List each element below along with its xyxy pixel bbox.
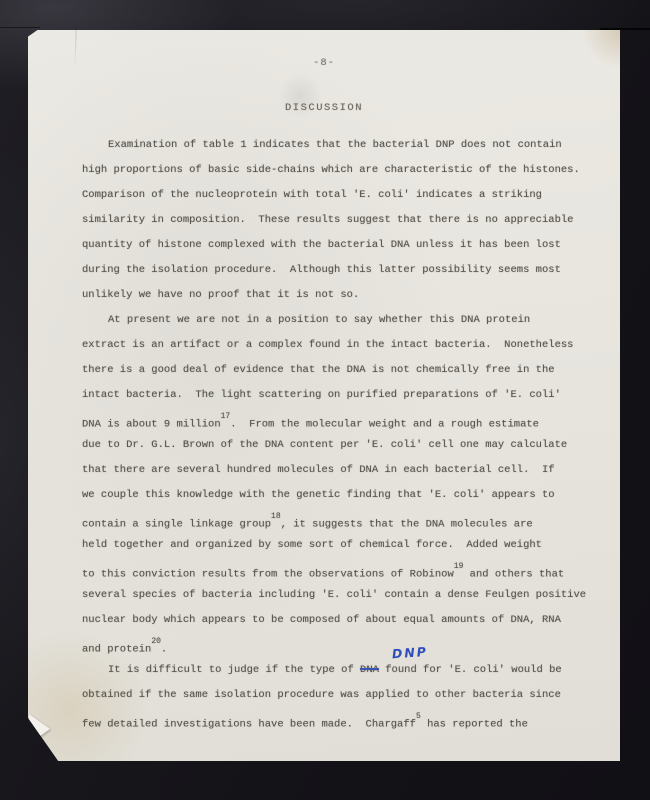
typed-line: that there are several hundred molecules… — [82, 458, 592, 483]
typed-text: contain a single linkage group — [82, 519, 271, 531]
typed-line: high proportions of basic side-chains wh… — [82, 158, 592, 183]
typed-text: unlikely we have no proof that it is not… — [82, 289, 359, 301]
typed-text: and others that — [463, 569, 564, 581]
typed-text: quantity of histone complexed with the b… — [82, 239, 561, 251]
page-number: -8- — [28, 57, 620, 69]
typed-line: we couple this knowledge with the geneti… — [82, 483, 592, 508]
paragraph: Examination of table 1 indicates that th… — [82, 133, 592, 308]
typed-line: there is a good deal of evidence that th… — [82, 358, 592, 383]
typed-text: during the isolation procedure. Although… — [82, 264, 561, 276]
typed-text: obtained if the same isolation procedure… — [82, 689, 561, 701]
reference-superscript: 18 — [271, 512, 281, 521]
typed-text: nuclear body which appears to be compose… — [82, 614, 561, 626]
typed-text: , it suggests that the DNA molecules are — [281, 519, 533, 531]
typed-text: there is a good deal of evidence that th… — [82, 364, 555, 376]
typed-line: intact bacteria. The light scattering on… — [82, 383, 592, 408]
typed-text: has reported the — [421, 719, 528, 731]
typed-line: during the isolation procedure. Although… — [82, 258, 592, 283]
backdrop-seam — [600, 28, 650, 30]
reference-superscript: 20 — [151, 637, 161, 646]
typed-text: several species of bacteria including 'E… — [82, 589, 586, 601]
typed-text: similarity in composition. These results… — [82, 214, 573, 226]
typed-line: held together and organized by some sort… — [82, 533, 592, 558]
typed-text: Examination of table 1 indicates that th… — [108, 139, 562, 151]
photo-backdrop: { "document": { "page_number": "-8-", "h… — [0, 0, 650, 800]
section-heading: DISCUSSION — [28, 102, 620, 114]
typed-line: obtained if the same isolation procedure… — [82, 683, 592, 708]
typed-text: At present we are not in a position to s… — [108, 314, 530, 326]
folded-corner — [29, 714, 50, 744]
typed-text: . — [161, 644, 167, 656]
reference-superscript: 19 — [454, 562, 464, 571]
typed-line: several species of bacteria including 'E… — [82, 583, 592, 608]
typed-text: It is difficult to judge if the type of — [108, 664, 360, 676]
typed-line: Comparison of the nucleoprotein with tot… — [82, 183, 592, 208]
typed-line: At present we are not in a position to s… — [82, 308, 592, 333]
strikethrough-word: DNADNP — [360, 664, 379, 676]
typed-line: quantity of histone complexed with the b… — [82, 233, 592, 258]
typed-line: unlikely we have no proof that it is not… — [82, 283, 592, 308]
typed-line: contain a single linkage group18, it sug… — [82, 508, 592, 533]
typed-line: Examination of table 1 indicates that th… — [82, 133, 592, 158]
backdrop-seam-left — [0, 27, 40, 28]
reference-superscript: 17 — [221, 412, 231, 421]
typed-text: Comparison of the nucleoprotein with tot… — [82, 189, 542, 201]
typed-text: and protein — [82, 644, 151, 656]
typed-line: nuclear body which appears to be compose… — [82, 608, 592, 633]
typed-text: that there are several hundred molecules… — [82, 464, 555, 476]
typed-line: It is difficult to judge if the type of … — [82, 658, 592, 683]
typed-text: intact bacteria. The light scattering on… — [82, 389, 561, 401]
typed-text: extract is an artifact or a complex foun… — [82, 339, 573, 351]
typed-text: found for 'E. coli' would be — [379, 664, 562, 676]
paragraph: It is difficult to judge if the type of … — [82, 658, 592, 733]
typed-text: DNA is about 9 million — [82, 419, 221, 431]
typed-text: due to Dr. G.L. Brown of the DNA content… — [82, 439, 567, 451]
typed-text: few detailed investigations have been ma… — [82, 719, 416, 731]
typed-text: to this conviction results from the obse… — [82, 569, 454, 581]
typed-line: due to Dr. G.L. Brown of the DNA content… — [82, 433, 592, 458]
document-page: -8- DISCUSSION Examination of table 1 in… — [28, 30, 620, 761]
typed-line: DNA is about 9 million17. From the molec… — [82, 408, 592, 433]
typed-text: high proportions of basic side-chains wh… — [82, 164, 580, 176]
typed-line: to this conviction results from the obse… — [82, 558, 592, 583]
typed-line: and protein20. — [82, 633, 592, 658]
typed-line: similarity in composition. These results… — [82, 208, 592, 233]
paragraph: At present we are not in a position to s… — [82, 308, 592, 658]
typed-line: extract is an artifact or a complex foun… — [82, 333, 592, 358]
typed-text: held together and organized by some sort… — [82, 539, 542, 551]
typed-line: few detailed investigations have been ma… — [82, 708, 592, 733]
typed-text: . From the molecular weight and a rough … — [230, 419, 539, 431]
reference-superscript: 5 — [416, 712, 421, 721]
typed-text: we couple this knowledge with the geneti… — [82, 489, 555, 501]
paragraphs: Examination of table 1 indicates that th… — [82, 133, 592, 733]
